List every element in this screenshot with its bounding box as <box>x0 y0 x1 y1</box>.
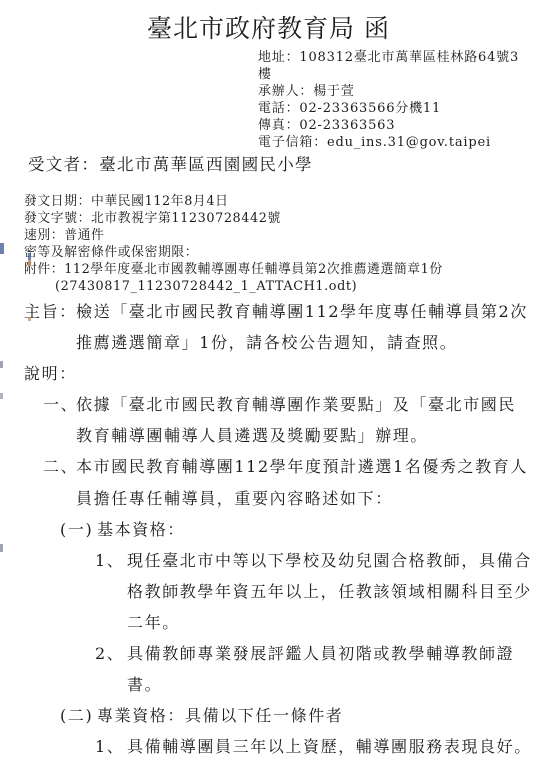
subitem-2-number: (二) <box>60 700 93 731</box>
sender-address-line-1: 地址：108312臺北市萬華區桂林路64號3 <box>258 50 519 67</box>
clause-1-line-2: 格教師教學年資五年以上，任教該領域相關科目至少 <box>0 576 537 607</box>
recipient-line: 受文者：臺北市萬華區西園國民小學 <box>28 151 313 175</box>
document-title: 臺北市政府教育局 函 <box>0 9 537 45</box>
item-2-text-1: 本市國民教育輔導團112學年度預計遴選1名優秀之教育人 <box>76 451 528 482</box>
clause-1-line-3: 二年。 <box>0 607 537 638</box>
attachment-filename-line: (27430817_11230728442_1_ATTACH1.odt) <box>24 278 443 295</box>
subject-text-1: 檢送「臺北市國民教育輔導團112學年度專任輔導員第2次 <box>76 296 528 327</box>
subject-line-1: 主旨： 檢送「臺北市國民教育輔導團112學年度專任輔導員第2次 <box>0 296 537 327</box>
clause-2-text-1: 具備教師專業發展評鑑人員初階或教學輔導教師證 <box>127 638 514 669</box>
clause-1-number: 1、 <box>95 545 124 576</box>
item-2-line-2: 員擔任專任輔導員，重要內容略述如下： <box>0 483 537 514</box>
explanation-heading-line: 說明： <box>0 358 537 389</box>
clause-2-line-1: 2、 具備教師專業發展評鑑人員初階或教學輔導教師證 <box>0 638 537 669</box>
security-classification-line: 密等及解密條件或保密期限： <box>24 244 443 261</box>
clause-1-line-1: 1、 現任臺北市中等以下學校及幼兒園合格教師，具備合 <box>0 545 537 576</box>
subitem-1-text: 基本資格： <box>97 514 185 545</box>
item-2-line-1: 二、 本市國民教育輔導團112學年度預計遴選1名優秀之教育人 <box>0 451 537 482</box>
sender-fax: 傳真：02-23363563 <box>258 118 519 135</box>
clause-2-text-2: 書。 <box>127 669 162 700</box>
explanation-label: 說明： <box>24 358 77 389</box>
scan-artifact <box>28 260 31 266</box>
subject-line-2: 推薦遴選簡章」1份，請各校公告週知，請查照。 <box>0 327 537 358</box>
scan-artifact <box>28 317 31 321</box>
item-2-text-2: 員擔任專任輔導員，重要內容略述如下： <box>76 483 393 514</box>
clause-2-line-2: 書。 <box>0 669 537 700</box>
scan-artifact <box>0 243 4 254</box>
subitem-2-heading-line: (二) 專業資格：具備以下任一條件者 <box>0 700 537 731</box>
item-1-line-2: 教育輔導團輔導人員遴選及獎勵要點」辦理。 <box>0 420 537 451</box>
reference-number-line: 發文字號：北市教視字第11230728442號 <box>24 210 443 227</box>
clause-2-number: 2、 <box>95 638 124 669</box>
subitem-2-text: 專業資格：具備以下任一條件者 <box>97 700 343 731</box>
scan-artifact <box>28 253 31 260</box>
item-1-line-1: 一、 依據「臺北市國民教育輔導團作業要點」及「臺北市國民 <box>0 389 537 420</box>
sender-contact-person: 承辦人：楊于萱 <box>258 84 519 101</box>
item-2-number: 二、 <box>43 451 78 482</box>
clause-1-text-1: 現任臺北市中等以下學校及幼兒園合格教師，具備合 <box>127 545 532 576</box>
subject-text-2: 推薦遴選簡章」1份，請各校公告週知，請查照。 <box>76 327 457 358</box>
scan-artifact <box>0 393 3 399</box>
issue-date-line: 發文日期：中華民國112年8月4日 <box>24 193 443 210</box>
document-meta-block: 發文日期：中華民國112年8月4日 發文字號：北市教視字第11230728442… <box>24 193 443 295</box>
subitem-2-clause-1-line: 1、 具備輔導團員三年以上資歷，輔導團服務表現良好。 <box>0 731 537 762</box>
official-letter-page: 臺北市政府教育局 函 地址：108312臺北市萬華區桂林路64號3 樓 承辦人：… <box>0 0 537 767</box>
letter-body: 主旨： 檢送「臺北市國民教育輔導團112學年度專任輔導員第2次 推薦遴選簡章」1… <box>0 296 537 762</box>
subitem-1-number: (一) <box>60 514 93 545</box>
scan-artifact <box>0 361 3 368</box>
subitem-2-clause-1-number: 1、 <box>95 731 124 762</box>
subitem-1-heading-line: (一) 基本資格： <box>0 514 537 545</box>
subject-label: 主旨： <box>24 296 77 327</box>
item-1-text-1: 依據「臺北市國民教育輔導團作業要點」及「臺北市國民 <box>76 389 516 420</box>
sender-phone: 電話：02-23363566分機11 <box>258 101 519 118</box>
item-1-number: 一、 <box>43 389 78 420</box>
clause-1-text-3: 二年。 <box>127 607 180 638</box>
subitem-2-clause-1-text: 具備輔導團員三年以上資歷，輔導團服務表現良好。 <box>127 731 532 762</box>
scan-artifact <box>0 544 3 552</box>
sender-info-block: 地址：108312臺北市萬華區桂林路64號3 樓 承辦人：楊于萱 電話：02-2… <box>258 50 519 151</box>
attachment-line: 附件：112學年度臺北市國教輔導團專任輔導員第2次推薦遴選簡章1份 <box>24 261 443 278</box>
clause-1-text-2: 格教師教學年資五年以上，任教該領域相關科目至少 <box>127 576 532 607</box>
sender-email: 電子信箱：edu_ins.31@gov.taipei <box>258 135 519 152</box>
sender-address-line-2: 樓 <box>258 67 519 84</box>
item-1-text-2: 教育輔導團輔導人員遴選及獎勵要點」辦理。 <box>76 420 428 451</box>
priority-line: 速別：普通件 <box>24 227 443 244</box>
